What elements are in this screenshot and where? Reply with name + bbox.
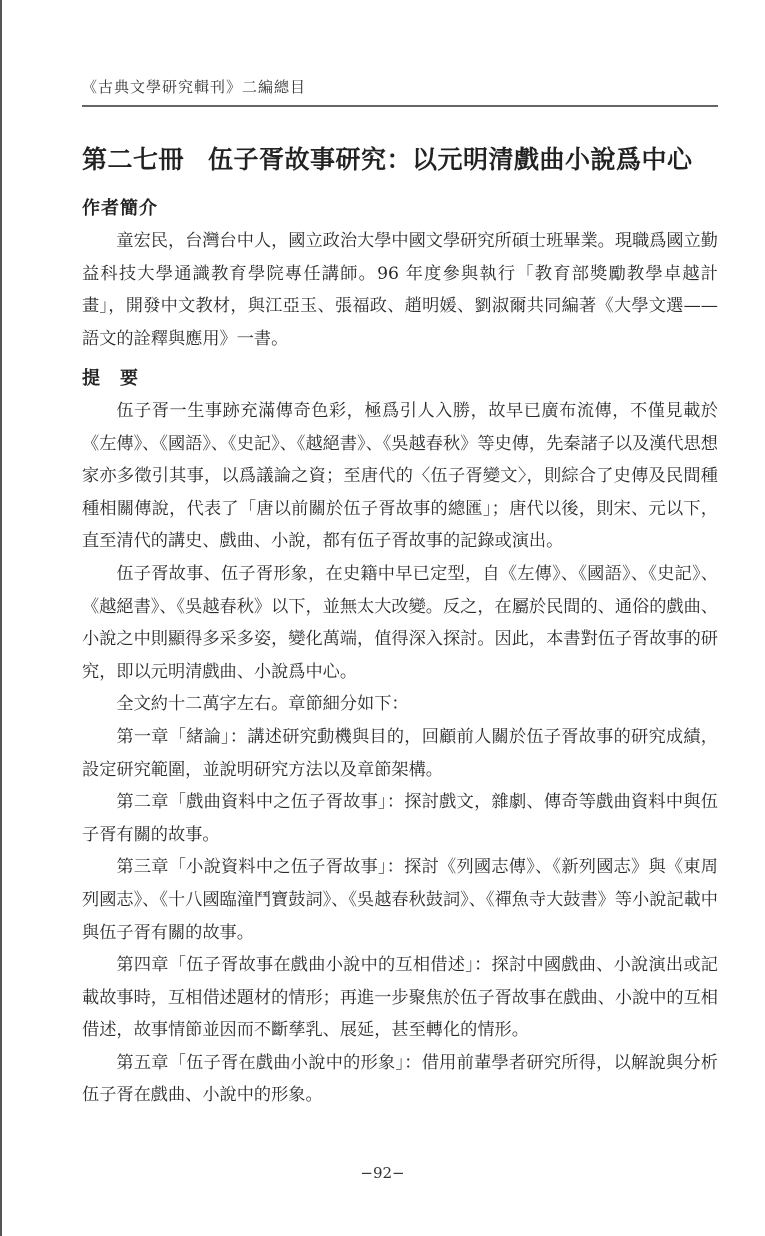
chapter-summary: 第一章「緒論」：講述研究動機與目的，回顧前人關於伍子胥故事的研究成績，設定研究範… xyxy=(82,721,718,786)
running-head: 《古典文學研究輯刊》二編總目 xyxy=(82,76,306,97)
abstract-body: 伍子胥一生事跡充滿傳奇色彩，極爲引人入勝，故早已廣布流傳，不僅見載於《左傳》、《… xyxy=(82,395,718,1112)
chapter-summary: 第三章「小說資料中之伍子胥故事」：探討《列國志傳》、《新列國志》與《東周列國志》… xyxy=(82,851,718,949)
abstract-paragraph: 伍子胥故事、伍子胥形象，在史籍中早已定型，自《左傳》、《國語》、《史記》、《越絕… xyxy=(82,558,718,688)
book-title: 第二七冊伍子胥故事研究：以元明清戲曲小說爲中心 xyxy=(82,140,693,176)
author-paragraph: 童宏民，台灣台中人，國立政治大學中國文學研究所碩士班畢業。現職爲國立勤益科技大學… xyxy=(82,225,718,355)
chapter-summary: 第五章「伍子胥在戲曲小說中的形象」：借用前輩學者研究所得，以解說與分析伍子胥在戲… xyxy=(82,1047,718,1112)
volume-number: 第二七冊 xyxy=(82,145,184,174)
page-edge-line xyxy=(0,0,2,1236)
author-heading: 作者簡介 xyxy=(82,194,158,220)
chapter-summary: 第四章「伍子胥故事在戲曲小說中的互相借述」：探討中國戲曲、小說演出或記載故事時，… xyxy=(82,949,718,1047)
header-rule xyxy=(82,105,718,107)
abstract-paragraph: 全文約十二萬字左右。章節細分如下： xyxy=(82,688,718,721)
abstract-heading: 提 要 xyxy=(82,364,139,390)
abstract-paragraph: 伍子胥一生事跡充滿傳奇色彩，極爲引人入勝，故早已廣布流傳，不僅見載於《左傳》、《… xyxy=(82,395,718,558)
page-number: −92− xyxy=(0,1164,765,1182)
author-bio: 童宏民，台灣台中人，國立政治大學中國文學研究所碩士班畢業。現職爲國立勤益科技大學… xyxy=(82,225,718,355)
chapter-summary: 第二章「戲曲資料中之伍子胥故事」：探討戲文，雜劇、傳奇等戲曲資料中與伍子胥有關的… xyxy=(82,786,718,851)
book-name: 伍子胥故事研究：以元明清戲曲小說爲中心 xyxy=(208,145,693,174)
